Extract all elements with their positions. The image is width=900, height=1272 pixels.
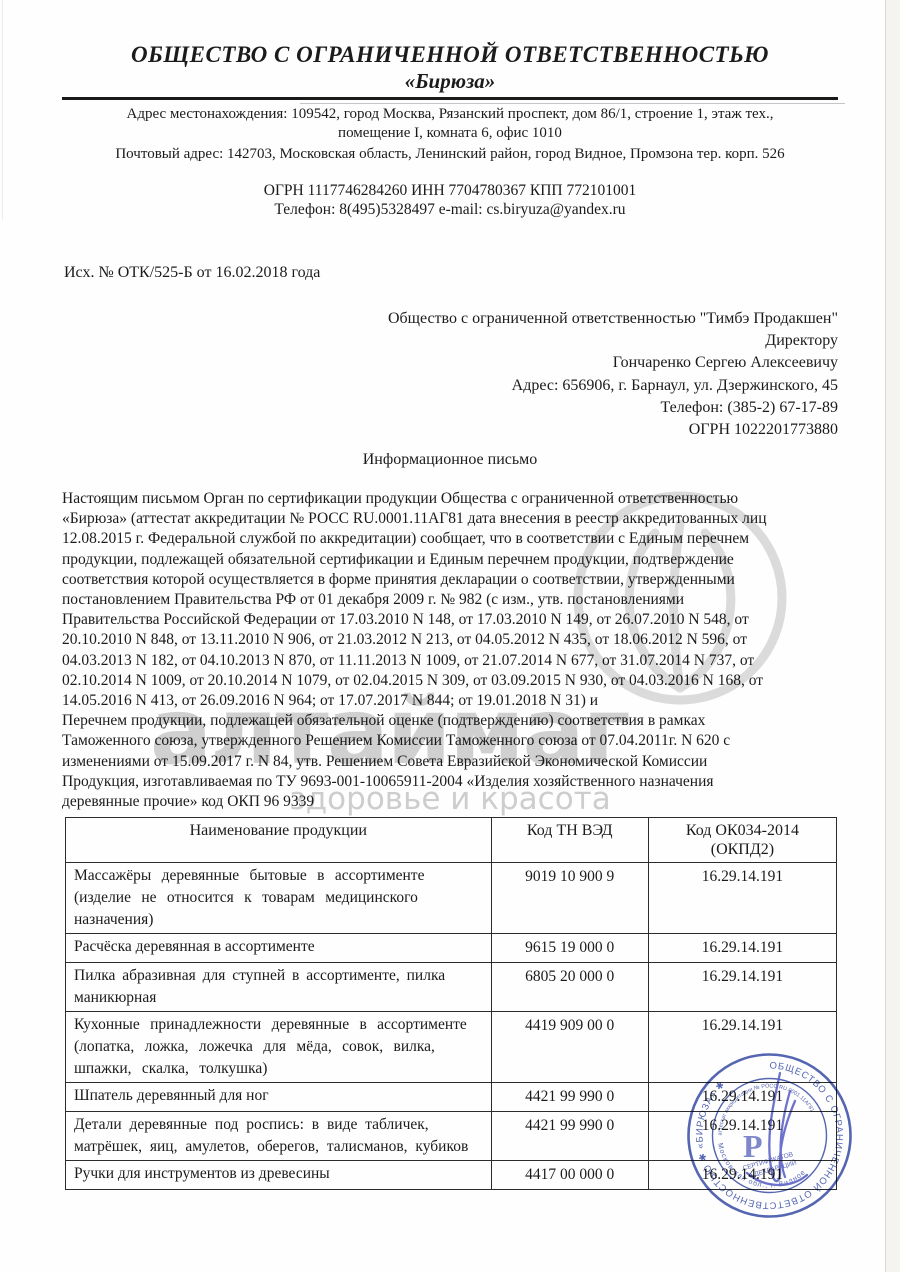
product-name-cell: Расчёска деревянная в ассортименте [66,934,492,963]
table-row: Шпатель деревянный для ног4421 99 990 01… [66,1083,837,1112]
body-line: Продукция, изготавливаемая по ТУ 9693-00… [62,772,842,792]
body-line: Настоящим письмом Орган по сертификации … [62,489,842,509]
table-header-row: Наименование продукции Код ТН ВЭД Код ОК… [66,818,837,863]
products-table: Наименование продукции Код ТН ВЭД Код ОК… [65,817,837,1190]
okpd-code-cell: 16.29.14.191 [648,963,836,1012]
company-name-title: «Бирюза» [62,69,838,94]
body-line: 14.05.2016 N 413, от 26.09.2016 N 964; о… [62,691,842,711]
body-line: продукции, подлежащей обязательной серти… [62,550,842,570]
product-name-cell: Пилка абразивная для ступней в ассортиме… [66,963,492,1012]
okpd-code-cell: 16.29.14.191 [648,863,836,934]
body-line: деревянные прочие» код ОКП 96 9339 [62,792,842,812]
column-header-okpd-code: Код ОК034-2014 (ОКПД2) [648,818,836,863]
letter-body: Настоящим письмом Орган по сертификации … [62,489,842,812]
location-address-line2: помещение I, комната 6, офис 1010 [62,125,838,142]
body-line: Таможенного союза, утвержденного Решение… [62,731,842,751]
product-name-cell: Кухонные принадлежности деревянные в асс… [66,1012,492,1083]
scan-edge-line-left [2,0,3,220]
outgoing-reference: Исх. № ОТК/525-Б от 16.02.2018 года [64,264,320,282]
recipient-line: Гончаренко Сергею Алексеевичу [62,352,838,374]
recipient-line: ОГРН 1022201773880 [62,419,838,441]
recipient-line: Адрес: 656906, г. Барнаул, ул. Дзержинск… [62,375,838,397]
tnved-code-cell: 9615 19 000 0 [491,934,648,963]
body-line: соответствия которой осуществляется в фо… [62,570,842,590]
product-name-cell: Ручки для инструментов из древесины [66,1161,492,1190]
body-line: 20.10.2010 N 848, от 13.11.2010 N 906, о… [62,630,842,650]
tnved-code-cell: 4419 909 00 0 [491,1012,648,1083]
tnved-code-cell: 4417 00 000 0 [491,1161,648,1190]
recipient-block: Общество с ограниченной ответственностью… [62,308,838,441]
body-line: 02.10.2014 N 1009, от 20.10.2014 N 1079,… [62,671,842,691]
scan-edge-line [885,0,886,1272]
scan-edge-strip [886,0,900,1272]
contact-line: Телефон: 8(495)5328497 e-mail: cs.biryuz… [62,201,838,219]
table-row: Пилка абразивная для ступней в ассортиме… [66,963,837,1012]
okpd-code-cell: 16.29.14.191 [648,934,836,963]
column-header-product-name: Наименование продукции [66,818,492,863]
letterhead-rule-ghost [300,103,845,104]
location-address-line1: Адрес местонахождения: 109542, город Мос… [62,106,838,123]
table-row: Массажёры деревянные бытовые в ассортиме… [66,863,837,934]
okpd-code-cell: 16.29.14.191 [648,1083,836,1112]
product-name-cell: Детали деревянные под роспись: в виде та… [66,1112,492,1161]
tnved-code-cell: 4421 99 990 0 [491,1112,648,1161]
body-line: 04.03.2013 N 182, от 04.10.2013 N 870, о… [62,651,842,671]
tnved-code-cell: 9019 10 900 9 [491,863,648,934]
column-header-tnved-code: Код ТН ВЭД [491,818,648,863]
registration-numbers: ОГРН 1117746284260 ИНН 7704780367 КПП 77… [62,182,838,200]
product-name-cell: Массажёры деревянные бытовые в ассортиме… [66,863,492,934]
recipient-line: Общество с ограниченной ответственностью… [62,308,838,330]
tnved-code-cell: 6805 20 000 0 [491,963,648,1012]
postal-address: Почтовый адрес: 142703, Московская облас… [62,146,838,163]
body-line: постановлением Правительства РФ от 01 де… [62,590,842,610]
body-line: Правительства Российской Федерации от 17… [62,610,842,630]
letterhead-rule [62,97,838,100]
recipient-line: Телефон: (385-2) 67-17-89 [62,397,838,419]
company-type-title: ОБЩЕСТВО С ОГРАНИЧЕННОЙ ОТВЕТСТВЕННОСТЬЮ [62,42,838,68]
body-line: Перечнем продукции, подлежащей обязатель… [62,711,842,731]
product-name-cell: Шпатель деревянный для ног [66,1083,492,1112]
scanned-letter-page: ОБЩЕСТВО С ОГРАНИЧЕННОЙ ОТВЕТСТВЕННОСТЬЮ… [0,0,900,1272]
tnved-code-cell: 4421 99 990 0 [491,1083,648,1112]
letter-subject: Информационное письмо [62,451,838,469]
okpd-code-cell: 16.29.14.191 [648,1112,836,1161]
table-row: Кухонные принадлежности деревянные в асс… [66,1012,837,1083]
body-line: изменениями от 15.09.2017 г. N 84, утв. … [62,752,842,772]
table-row: Детали деревянные под роспись: в виде та… [66,1112,837,1161]
table-row: Расчёска деревянная в ассортименте9615 1… [66,934,837,963]
recipient-line: Директору [62,330,838,352]
body-line: 12.08.2015 г. Федеральной службой по акк… [62,529,842,549]
okpd-code-cell: 16.29.14.191 [648,1161,836,1190]
okpd-code-cell: 16.29.14.191 [648,1012,836,1083]
table-row: Ручки для инструментов из древесины4417 … [66,1161,837,1190]
body-line: «Бирюза» (аттестат аккредитации № РОСС R… [62,509,842,529]
